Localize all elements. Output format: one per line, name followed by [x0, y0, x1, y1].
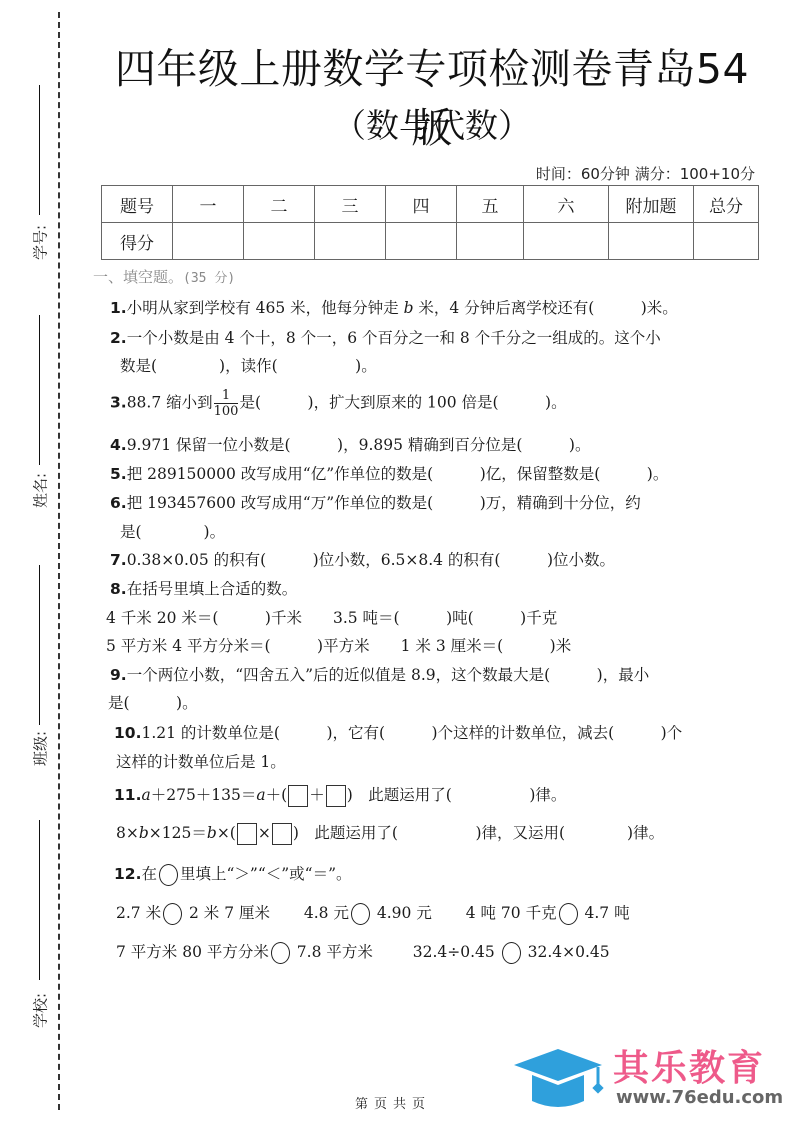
brand-logo: 其乐教育 www.76edu.com [510, 1043, 785, 1113]
name-label: 姓名: [30, 471, 51, 511]
question-10: 10.1.21 的计数单位是( )，它有( )个这样的计数单位，减去( )个 [114, 721, 682, 743]
question-number: 8. [110, 580, 127, 598]
page-footer: 第页共页 [355, 1093, 431, 1112]
question-12-row-2: 7 平方米 80 平方分米 7.8 平方米 32.4÷0.45 32.4×0.4… [116, 940, 610, 964]
operator: ＋ [309, 786, 325, 804]
question-text: 在 [141, 865, 157, 883]
question-number: 6. [110, 494, 127, 512]
header-cell: 一 [173, 186, 244, 223]
question-text: ×125＝ [149, 824, 207, 842]
question-text: 8× [116, 824, 139, 842]
variable-a: a [256, 786, 265, 804]
answer-box[interactable] [237, 823, 257, 845]
compare-right: 4.7 吨 [580, 904, 630, 922]
score-cell[interactable] [173, 223, 244, 260]
question-2: 2.一个小数是由 4 个十，8 个一，6 个百分之一和 8 个千分之一组成的。这… [110, 326, 661, 348]
score-cell[interactable] [386, 223, 457, 260]
compare-left: 4 吨 70 千克 [466, 904, 557, 922]
question-8-line-1: 4 千米 20 米＝( )千米 3.5 吨＝( )吨( )千克 [106, 606, 557, 628]
score-row-label: 得分 [102, 223, 173, 260]
question-text: 米，4 分钟后离学校还有( )米。 [414, 299, 678, 317]
answer-box[interactable] [326, 785, 346, 807]
question-text: 把 289150000 改写成用“亿”作单位的数是( )亿，保留整数是( )。 [127, 465, 669, 483]
answer-box[interactable] [272, 823, 292, 845]
page-subtitle: （数与代数） [96, 100, 768, 147]
question-text: ) 此题运用了( )律。 [347, 786, 567, 804]
score-table: 题号 一 二 三 四 五 六 附加题 总分 得分 [101, 185, 759, 260]
question-text: 1.21 的计数单位是( )，它有( )个这样的计数单位，减去( )个 [141, 724, 682, 742]
question-text: ＋( [266, 786, 288, 804]
student-id-label: 学号: [30, 223, 51, 263]
compare-right: 2 米 7 厘米 [184, 904, 270, 922]
header-cell: 三 [315, 186, 386, 223]
operator: × [258, 824, 271, 842]
question-text: ) 此题运用了( )律，又运用( )律。 [293, 824, 664, 842]
header-cell: 附加题 [609, 186, 694, 223]
question-11-line-2: 8×b×125＝b×(×) 此题运用了( )律，又运用( )律。 [116, 821, 664, 845]
question-text: 一个两位小数，“四舍五入”后的近似值是 8.9，这个数最大是( )，最小 [127, 666, 650, 684]
question-6-continued: 是( )。 [120, 520, 225, 542]
question-number: 11. [114, 786, 141, 804]
header-cell: 二 [244, 186, 315, 223]
question-text: 0.38×0.05 的积有( )位小数，6.5×8.4 的积有( )位小数。 [127, 551, 615, 569]
header-cell: 五 [457, 186, 524, 223]
question-7: 7.0.38×0.05 的积有( )位小数，6.5×8.4 的积有( )位小数。 [110, 548, 615, 570]
question-number: 1. [110, 299, 127, 317]
score-cell[interactable] [524, 223, 609, 260]
circle-icon [159, 864, 178, 886]
section-heading: 一、填空题。(35 分) [93, 266, 235, 287]
question-text: 在括号里填上合适的数。 [127, 580, 298, 598]
binding-dashed-line [58, 12, 60, 1110]
class-underline[interactable] [39, 565, 40, 725]
score-cell[interactable] [315, 223, 386, 260]
question-8: 8.在括号里填上合适的数。 [110, 577, 297, 599]
school-label: 学校: [30, 991, 51, 1031]
section-points: (35 分) [183, 271, 235, 286]
compare-circle[interactable] [163, 903, 182, 925]
score-table-score-row: 得分 [102, 223, 759, 260]
fraction-denominator: 100 [214, 404, 239, 419]
score-cell[interactable] [609, 223, 694, 260]
compare-left: 4.8 元 [304, 904, 349, 922]
question-number: 7. [110, 551, 127, 569]
score-table-header-row: 题号 一 二 三 四 五 六 附加题 总分 [102, 186, 759, 223]
score-cell[interactable] [244, 223, 315, 260]
question-text: 是( )，扩大到原来的 100 倍是( )。 [239, 394, 566, 412]
question-2-continued: 数是( )，读作( )。 [120, 354, 377, 376]
question-text: 里填上“＞”“＜”或“＝”。 [180, 865, 352, 883]
question-12: 12.在里填上“＞”“＜”或“＝”。 [114, 862, 352, 886]
question-9-continued: 是( )。 [108, 691, 198, 713]
compare-circle[interactable] [351, 903, 370, 925]
question-number: 9. [110, 666, 127, 684]
question-text: 88.7 缩小到 [127, 394, 213, 412]
class-label: 班级: [30, 729, 51, 769]
question-1: 1.小明从家到学校有 465 米，他每分钟走 b 米，4 分钟后离学校还有( )… [110, 296, 678, 318]
exam-meta: 时间：60分钟 满分：100+10分 [536, 163, 755, 184]
fraction-numerator: 1 [214, 388, 239, 404]
question-text: 把 193457600 改写成用“万”作单位的数是( )万，精确到十分位，约 [127, 494, 641, 512]
question-3: 3.88.7 缩小到1100是( )，扩大到原来的 100 倍是( )。 [110, 388, 567, 419]
graduation-cap-icon [510, 1043, 610, 1113]
question-4: 4.9.971 保留一位小数是( )，9.895 精确到百分位是( )。 [110, 433, 590, 455]
header-cell: 总分 [694, 186, 759, 223]
score-cell[interactable] [457, 223, 524, 260]
name-underline[interactable] [39, 315, 40, 465]
question-number: 2. [110, 329, 127, 347]
variable-a: a [141, 786, 150, 804]
variable-b: b [207, 824, 217, 842]
brand-url[interactable]: www.76edu.com [616, 1087, 783, 1108]
brand-name: 其乐教育 [613, 1040, 765, 1091]
answer-box[interactable] [288, 785, 308, 807]
compare-right: 7.8 平方米 [292, 943, 373, 961]
question-11: 11.a＋275＋135＝a＋(＋) 此题运用了( )律。 [114, 783, 566, 807]
fraction: 1100 [214, 388, 239, 419]
compare-right: 4.90 元 [372, 904, 432, 922]
header-cell: 题号 [102, 186, 173, 223]
question-number: 4. [110, 436, 127, 454]
score-cell[interactable] [694, 223, 759, 260]
compare-circle[interactable] [271, 942, 290, 964]
compare-left: 2.7 米 [116, 904, 161, 922]
question-5: 5.把 289150000 改写成用“亿”作单位的数是( )亿，保留整数是( )… [110, 462, 668, 484]
question-number: 10. [114, 724, 141, 742]
student-id-underline[interactable] [39, 85, 40, 215]
compare-circle[interactable] [559, 903, 578, 925]
question-8-line-2: 5 平方米 4 平方分米＝( )平方米 1 米 3 厘米＝( )米 [106, 634, 571, 656]
section-title: 一、填空题。 [93, 268, 183, 286]
question-text: ×( [217, 824, 236, 842]
question-text: ＋275＋135＝ [151, 786, 257, 804]
school-underline[interactable] [39, 820, 40, 980]
header-cell: 六 [524, 186, 609, 223]
header-cell: 四 [386, 186, 457, 223]
question-text: 小明从家到学校有 465 米，他每分钟走 [127, 299, 404, 317]
question-text: 9.971 保留一位小数是( )，9.895 精确到百分位是( )。 [127, 436, 591, 454]
question-text: 一个小数是由 4 个十，8 个一，6 个百分之一和 8 个千分之一组成的。这个小 [127, 329, 661, 347]
question-12-row-1: 2.7 米 2 米 7 厘米 4.8 元 4.90 元 4 吨 70 千克 4.… [116, 901, 630, 925]
variable-b: b [139, 824, 149, 842]
compare-left: 32.4÷0.45 [413, 943, 500, 961]
variable-b: b [404, 299, 414, 317]
question-number: 12. [114, 865, 141, 883]
compare-circle[interactable] [502, 942, 521, 964]
question-number: 5. [110, 465, 127, 483]
question-9: 9.一个两位小数，“四舍五入”后的近似值是 8.9，这个数最大是( )，最小 [110, 663, 649, 685]
compare-right: 32.4×0.45 [523, 943, 610, 961]
question-10-continued: 这样的计数单位后是 1。 [116, 750, 286, 772]
question-6: 6.把 193457600 改写成用“万”作单位的数是( )万，精确到十分位，约 [110, 491, 641, 513]
question-number: 3. [110, 394, 127, 412]
compare-left: 7 平方米 80 平方分米 [116, 943, 269, 961]
